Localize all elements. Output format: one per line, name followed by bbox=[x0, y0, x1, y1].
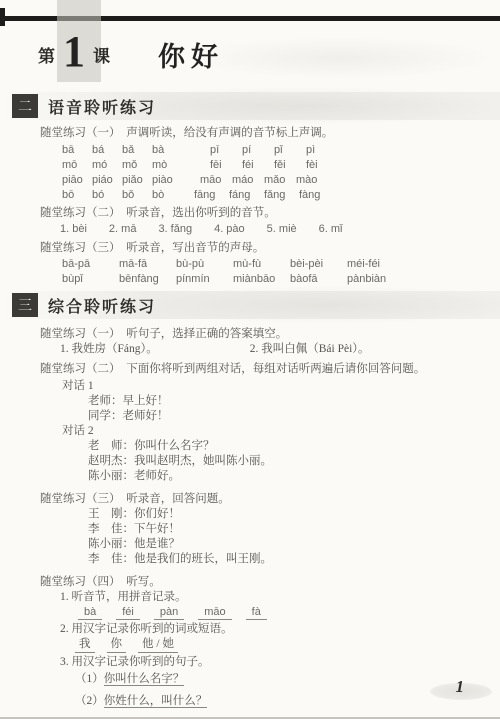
dialog1-label: 对话 1 bbox=[62, 379, 425, 394]
section2-exercise1: 随堂练习（一） 声调听读，给没有声调的音节标上声调。 bābábǎbàpīpíp… bbox=[40, 126, 338, 203]
exercise-label-line: 随堂练习（二） 听录音，选出你听到的音节。 bbox=[40, 206, 364, 221]
section3-marker: 三 bbox=[12, 293, 38, 317]
exercise-instruction: 听录音，回答问题。 bbox=[126, 493, 230, 505]
lesson-prefix: 第 bbox=[38, 42, 55, 67]
speaker: 老 师： bbox=[88, 440, 134, 452]
syllable: pǐ bbox=[274, 143, 306, 158]
syllable: féi bbox=[242, 158, 274, 173]
speaker: 同学： bbox=[88, 410, 123, 422]
dictation-item-2: 2. 用汉字记录你听到的词或短语。 bbox=[60, 622, 281, 637]
lesson-suffix: 课 bbox=[93, 42, 110, 67]
syllable: bǒ bbox=[122, 188, 152, 203]
tone-drill-row: mōmómǒmòfēiféifěifèi bbox=[62, 158, 338, 173]
syllable: mào bbox=[296, 173, 328, 188]
page-number: 1 bbox=[456, 677, 465, 697]
word: pínmín bbox=[176, 272, 233, 287]
syllable-pair: bèi-pèi bbox=[290, 257, 347, 272]
exercise-label-line: 随堂练习（二） 下面你将听到两组对话，每组对话听两遍后请你回答问题。 bbox=[40, 362, 425, 377]
exercise-label: 随堂练习（三） bbox=[40, 242, 126, 254]
exercise-label-line: 随堂练习（三） 听录音，写出音节的声母。 bbox=[40, 241, 404, 256]
tone-drill-row: bōbóbǒbòfāngfángfǎngfàng bbox=[62, 188, 338, 203]
top-rule-left-cap bbox=[0, 8, 5, 26]
exercise-instruction: 下面你将听到两组对话，每组对话听两遍后请你回答问题。 bbox=[126, 363, 425, 375]
dialog-line: 李 佳：下午好！ bbox=[88, 522, 272, 537]
choice-item: 6. mǐ bbox=[319, 222, 343, 237]
choice-item: 2. mā bbox=[109, 222, 137, 237]
syllable: máo bbox=[232, 173, 264, 188]
dictation-item-3: 3. 用汉字记录你听到的句子。 bbox=[60, 655, 281, 670]
syllable: mó bbox=[92, 158, 122, 173]
dialog-line: 李 佳：他是我们的班长，叫王刚。 bbox=[88, 552, 272, 567]
lesson-title: 你好 bbox=[158, 35, 224, 74]
speech: 他是谁？ bbox=[134, 538, 180, 550]
word: miànbāo bbox=[233, 272, 290, 287]
exercise-instruction: 声调听读，给没有声调的音节标上声调。 bbox=[126, 127, 333, 139]
exercise-label: 随堂练习（三） bbox=[40, 493, 126, 505]
speech: 他是我们的班长，叫王刚。 bbox=[134, 553, 272, 565]
section3-header: 三 综合聆听练习 bbox=[0, 291, 500, 319]
speech: 我叫赵明杰，她叫陈小丽。 bbox=[134, 455, 272, 467]
choice-item: 3. fǎng bbox=[158, 222, 192, 237]
dialog2-line: 陈小丽：老师好。 bbox=[88, 469, 425, 484]
dictation-item-1: 1. 听音节，用拼音记录。 bbox=[60, 590, 281, 605]
exercise-instruction: 听录音，选出你听到的音节。 bbox=[126, 207, 276, 219]
dialog1-line: 老师：早上好！ bbox=[88, 394, 425, 409]
speech: 你叫什么名字？ bbox=[134, 440, 215, 452]
syllable: bō bbox=[62, 188, 92, 203]
hanzi-answer: 他 / 她 bbox=[138, 637, 178, 653]
top-rule bbox=[0, 16, 500, 21]
syllable: bà bbox=[152, 143, 182, 158]
pinyin-answer: fà bbox=[246, 605, 267, 620]
textbook-page: 第 1 课 你好 二 语音聆听练习 随堂练习（一） 声调听读，给没有声调的音节标… bbox=[0, 0, 500, 719]
pinyin-answer: féi bbox=[116, 605, 140, 620]
syllable: mǎo bbox=[264, 173, 296, 188]
hanzi-answer: 你 bbox=[107, 637, 127, 653]
dialog1-line: 同学：老师好！ bbox=[88, 409, 425, 424]
exercise-label: 随堂练习（一） bbox=[40, 127, 126, 139]
syllable: mò bbox=[152, 158, 182, 173]
sentence-number: （1） bbox=[75, 673, 104, 685]
exercise-label: 随堂练习（一） bbox=[40, 328, 126, 340]
section2-title: 语音聆听练习 bbox=[48, 95, 156, 118]
syllable: piáo bbox=[92, 173, 122, 188]
lesson-title-row: 第 1 课 你好 bbox=[38, 34, 224, 74]
syllable-pair: mā-fā bbox=[119, 257, 176, 272]
exercise-label-line: 随堂练习（一） 声调听读，给没有声调的音节标上声调。 bbox=[40, 126, 338, 141]
lesson-number: 1 bbox=[63, 32, 85, 72]
syllable: bá bbox=[92, 143, 122, 158]
dictation-sentence-2: （2）你姓什么，叫什么？ bbox=[75, 694, 281, 709]
section3-title: 综合聆听练习 bbox=[48, 294, 156, 317]
syllable: piǎo bbox=[122, 173, 152, 188]
dialog-line: 陈小丽：他是谁？ bbox=[88, 537, 272, 552]
sentence-answer: 你姓什么，叫什么？ bbox=[104, 695, 208, 708]
dialog2-line: 老 师：你叫什么名字？ bbox=[88, 439, 425, 454]
section3-exercise3: 随堂练习（三） 听录音，回答问题。 王 刚：你们好！ 李 佳：下午好！ 陈小丽：… bbox=[40, 492, 272, 567]
word: bàofā bbox=[290, 272, 347, 287]
dictation-hanzi-answers: 我 你 他 / 她 bbox=[75, 637, 281, 653]
exercise-label-line: 随堂练习（三） 听录音，回答问题。 bbox=[40, 492, 272, 507]
syllable: bā bbox=[62, 143, 92, 158]
initials-row-2: bùpǐ bēnfàng pínmín miànbāo bàofā pànbià… bbox=[62, 272, 404, 287]
syllable: piāo bbox=[62, 173, 92, 188]
speech: 老师好！ bbox=[123, 410, 169, 422]
syllable-choice-row: 1. bèi 2. mā 3. fǎng 4. pào 5. miè 6. mǐ bbox=[60, 222, 364, 237]
syllable: fàng bbox=[299, 188, 334, 203]
speaker: 李 佳： bbox=[88, 523, 134, 535]
speaker: 赵明杰： bbox=[88, 455, 134, 467]
fill-blank-item-1: 1. 我姓房（Fáng）。 bbox=[60, 342, 158, 357]
syllable: fǎng bbox=[264, 188, 299, 203]
syllable: fáng bbox=[229, 188, 264, 203]
syllable: fāng bbox=[194, 188, 229, 203]
syllable-pair: méi-féi bbox=[347, 257, 404, 272]
syllable: fēi bbox=[210, 158, 242, 173]
dictation-sentence-1: （1）你叫什么名字？ bbox=[75, 672, 281, 687]
pinyin-answer: pàn bbox=[154, 605, 184, 620]
syllable: bò bbox=[152, 188, 182, 203]
syllable: mǒ bbox=[122, 158, 152, 173]
syllable: bó bbox=[92, 188, 122, 203]
syllable: fèi bbox=[306, 158, 338, 173]
tone-drill-table: bābábǎbàpīpípǐpì mōmómǒmòfēiféifěifèi pi… bbox=[62, 143, 338, 203]
syllable: pī bbox=[210, 143, 242, 158]
syllable-pair: mù-fù bbox=[233, 257, 290, 272]
syllable: pí bbox=[242, 143, 274, 158]
syllable: piào bbox=[152, 173, 182, 188]
section3-exercise4: 随堂练习（四） 听写。 1. 听音节，用拼音记录。 bà féi pàn māo… bbox=[40, 575, 281, 709]
section2-header: 二 语音聆听练习 bbox=[0, 92, 500, 120]
syllable-pair: bā-pā bbox=[62, 257, 119, 272]
choice-item: 1. bèi bbox=[60, 222, 87, 237]
section2-exercise2: 随堂练习（二） 听录音，选出你听到的音节。 1. bèi 2. mā 3. fǎ… bbox=[40, 206, 364, 237]
initials-row-1: bā-pā mā-fā bù-pù mù-fù bèi-pèi méi-féi bbox=[62, 257, 404, 272]
exercise-label-line: 随堂练习（四） 听写。 bbox=[40, 575, 281, 590]
dictation-pinyin-answers: bà féi pàn māo fà bbox=[78, 605, 281, 620]
choice-item: 5. miè bbox=[267, 222, 297, 237]
speech: 下午好！ bbox=[134, 523, 180, 535]
speaker: 老师： bbox=[88, 395, 123, 407]
exercise-label-line: 随堂练习（一） 听句子，选择正确的答案填空。 bbox=[40, 327, 370, 342]
speaker: 李 佳： bbox=[88, 553, 134, 565]
section3-exercise2: 随堂练习（二） 下面你将听到两组对话，每组对话听两遍后请你回答问题。 对话 1 … bbox=[40, 362, 425, 484]
syllable-pair: bù-pù bbox=[176, 257, 233, 272]
word: bùpǐ bbox=[62, 272, 119, 287]
syllable: mō bbox=[62, 158, 92, 173]
dialog2-line: 赵明杰：我叫赵明杰，她叫陈小丽。 bbox=[88, 454, 425, 469]
section2-exercise3: 随堂练习（三） 听录音，写出音节的声母。 bā-pā mā-fā bù-pù m… bbox=[40, 241, 404, 287]
fill-blank-items: 1. 我姓房（Fáng）。 2. 我叫白佩（Bái Pèi）。 bbox=[60, 342, 370, 357]
word: bēnfàng bbox=[119, 272, 176, 287]
dialog2-label: 对话 2 bbox=[62, 424, 425, 439]
speech: 早上好！ bbox=[123, 395, 169, 407]
exercise-instruction: 听写。 bbox=[126, 576, 161, 588]
speaker: 陈小丽： bbox=[88, 470, 134, 482]
section3-exercise1: 随堂练习（一） 听句子，选择正确的答案填空。 1. 我姓房（Fáng）。 2. … bbox=[40, 327, 370, 357]
speaker: 王 刚： bbox=[88, 508, 134, 520]
choice-item: 4. pào bbox=[214, 222, 245, 237]
exercise-label: 随堂练习（四） bbox=[40, 576, 126, 588]
syllable: pì bbox=[306, 143, 338, 158]
exercise-instruction: 听录音，写出音节的声母。 bbox=[126, 242, 264, 254]
speech: 老师好。 bbox=[134, 470, 180, 482]
speaker: 陈小丽： bbox=[88, 538, 134, 550]
syllable: fěi bbox=[274, 158, 306, 173]
page-footer: 1 bbox=[420, 677, 492, 703]
fill-blank-item-2: 2. 我叫白佩（Bái Pèi）。 bbox=[250, 342, 370, 357]
word: pànbiàn bbox=[347, 272, 404, 287]
syllable: bǎ bbox=[122, 143, 152, 158]
sentence-number: （2） bbox=[75, 695, 104, 707]
hanzi-answer: 我 bbox=[75, 637, 95, 653]
dialog-line: 王 刚：你们好！ bbox=[88, 507, 272, 522]
speech: 你们好！ bbox=[134, 508, 180, 520]
tone-drill-row: bābábǎbàpīpípǐpì bbox=[62, 143, 338, 158]
syllable: māo bbox=[200, 173, 232, 188]
section2-marker: 二 bbox=[12, 94, 38, 118]
sentence-answer: 你叫什么名字？ bbox=[104, 673, 185, 686]
pinyin-answer: māo bbox=[198, 605, 231, 620]
exercise-label: 随堂练习（二） bbox=[40, 363, 126, 375]
tone-drill-row: piāopiáopiǎopiàomāomáomǎomào bbox=[62, 173, 338, 188]
exercise-label: 随堂练习（二） bbox=[40, 207, 126, 219]
pinyin-answer: bà bbox=[78, 605, 102, 620]
exercise-instruction: 听句子，选择正确的答案填空。 bbox=[126, 328, 287, 340]
